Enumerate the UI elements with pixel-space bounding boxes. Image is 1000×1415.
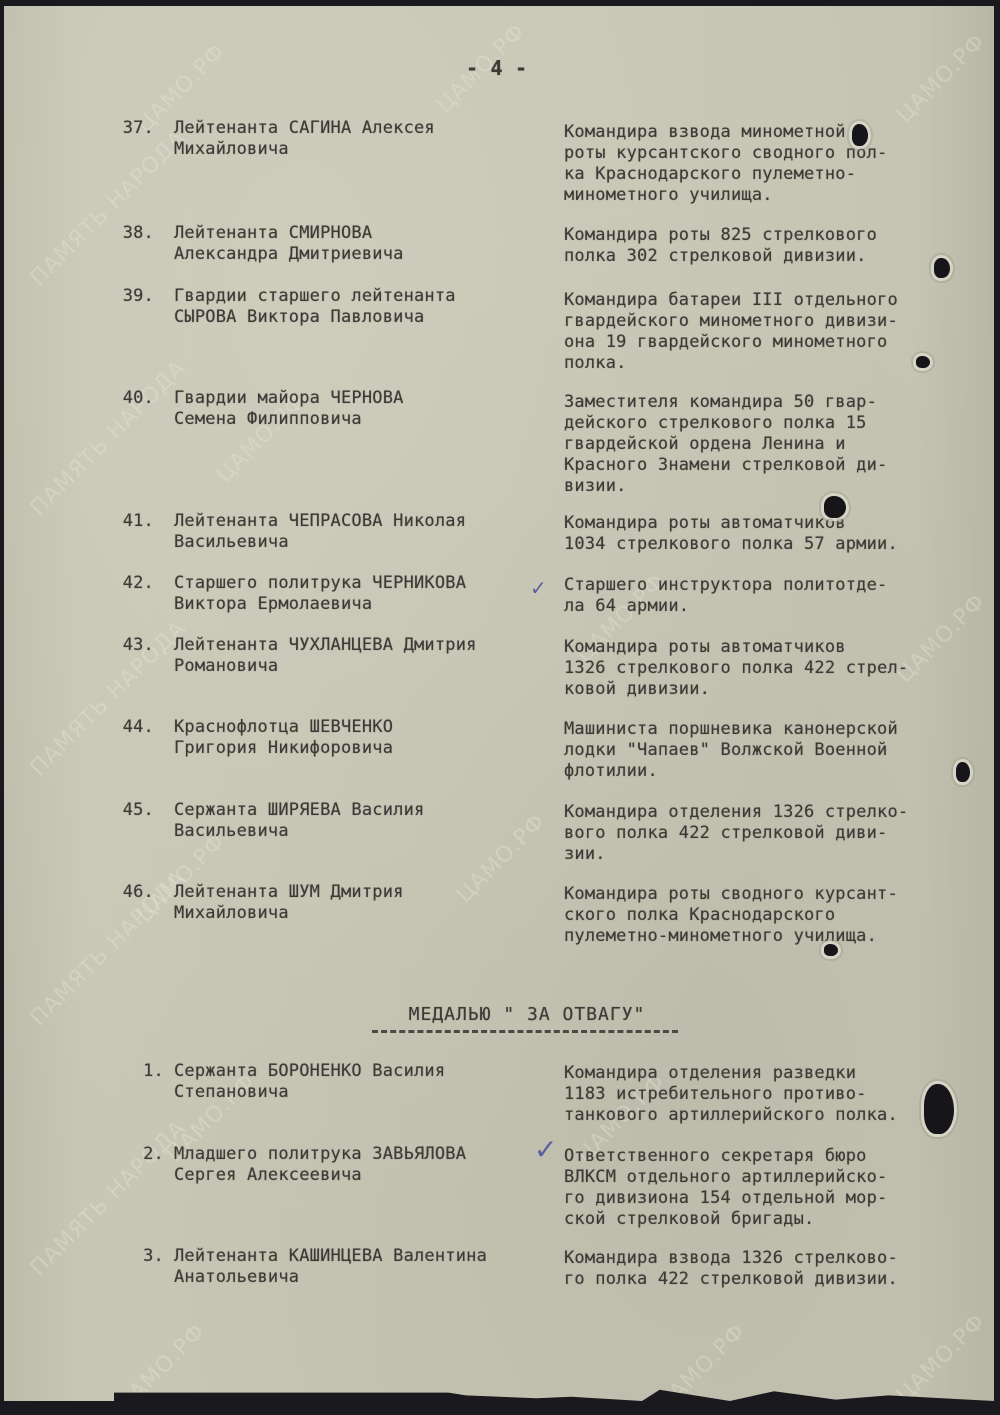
entry-name: Гвардии майора ЧЕРНОВАСемена Филипповича — [174, 388, 554, 430]
paper-hole — [916, 356, 930, 368]
entry-name: Лейтенанта КАШИНЦЕВА ВалентинаАнатольеви… — [174, 1246, 554, 1288]
paper-hole — [924, 1084, 954, 1134]
entry-name: Лейтенанта САГИНА АлексеяМихайловича — [174, 118, 554, 160]
entry-number: 45. — [104, 800, 154, 821]
entry-number: 1. — [114, 1061, 164, 1082]
entry-description: Командира взвода минометной роты курсант… — [564, 122, 974, 206]
entry-description: Командира батареи III отдельного гвардей… — [564, 290, 974, 374]
entry-number: 43. — [104, 635, 154, 656]
paper-hole — [824, 496, 846, 518]
entry-number: 41. — [104, 511, 154, 532]
document-page: ЦАМО.РФ ЦАМО.РФ ЦАМО.РФ ПАМЯТЬ НАРОДА ЦА… — [4, 6, 994, 1401]
watermark: ПАМЯТЬ НАРОДА — [26, 1116, 191, 1281]
watermark: ПАМЯТЬ НАРОДА — [26, 126, 191, 291]
paper-hole — [934, 258, 950, 278]
watermark: ЦАМО.РФ — [112, 1319, 211, 1401]
entry-name: Лейтенанта СМИРНОВААлександра Дмитриевич… — [174, 223, 554, 265]
watermark: ЦАМО.РФ — [652, 1319, 751, 1401]
entry-number: 38. — [104, 223, 154, 244]
entry-number: 37. — [104, 118, 154, 139]
paper-hole — [824, 944, 838, 956]
entry-description: Командира роты автоматчиков 1326 стрелко… — [564, 637, 974, 700]
entry-name: Старшего политрука ЧЕРНИКОВАВиктора Ермо… — [174, 573, 554, 615]
entry-name: Сержанта ШИРЯЕВА ВасилияВасильевича — [174, 800, 554, 842]
entry-name: Краснофлотца ШЕВЧЕНКОГригория Никифорови… — [174, 717, 554, 759]
entry-name: Младшего политрука ЗАВЬЯЛОВАСергея Алекс… — [174, 1144, 554, 1186]
entry-description: Командира роты сводного курсант- ского п… — [564, 884, 974, 947]
entry-number: 3. — [114, 1246, 164, 1267]
entry-description: Командира роты автоматчиков 1034 стрелко… — [564, 513, 974, 555]
entry-number: 2. — [114, 1144, 164, 1165]
entry-name: Лейтенанта ЧЕПРАСОВА НиколаяВасильевича — [174, 511, 554, 553]
check-mark-icon: ✓ — [530, 578, 547, 598]
entry-description: Командира взвода 1326 стрелково- го полк… — [564, 1248, 974, 1290]
entry-number: 40. — [104, 388, 154, 409]
watermark: ПАМЯТЬ НАРОДА — [26, 356, 191, 521]
entry-description: Заместителя командира 50 гвар- дейского … — [564, 392, 974, 497]
entry-number: 39. — [104, 286, 154, 307]
page-number: - 4 - — [466, 58, 527, 79]
entry-number: 44. — [104, 717, 154, 738]
entry-description: Машиниста поршневика канонерской лодки "… — [564, 719, 974, 782]
entry-name: Лейтенанта ШУМ ДмитрияМихайловича — [174, 882, 554, 924]
paper-hole — [956, 762, 970, 782]
paper-hole — [852, 124, 868, 146]
torn-edge — [114, 1387, 994, 1401]
watermark: ЦАМО.РФ — [892, 29, 991, 128]
entry-description: Командира отделения разведки 1183 истреб… — [564, 1063, 974, 1126]
check-mark-icon: ✓ — [534, 1140, 557, 1160]
entry-name: Лейтенанта ЧУХЛАНЦЕВА ДмитрияРомановича — [174, 635, 554, 677]
entry-description: Старшего инструктора политотде- ла 64 ар… — [564, 575, 974, 617]
entry-number: 42. — [104, 573, 154, 594]
section-title: МЕДАЛЬЮ " ЗА ОТВАГУ" — [372, 1004, 682, 1025]
entry-description: Ответственного секретаря бюро ВЛКСМ отде… — [564, 1146, 974, 1230]
entry-description: Командира роты 825 стрелкового полка 302… — [564, 225, 974, 267]
entry-description: Командира отделения 1326 стрелко- вого п… — [564, 802, 974, 865]
entry-name: Сержанта БОРОНЕНКО ВасилияСтепановича — [174, 1061, 554, 1103]
section-underline — [372, 1030, 678, 1033]
watermark: ЦАМО.РФ — [892, 1309, 991, 1401]
entry-number: 46. — [104, 882, 154, 903]
entry-name: Гвардии старшего лейтенантаСЫРОВА Виктор… — [174, 286, 554, 328]
